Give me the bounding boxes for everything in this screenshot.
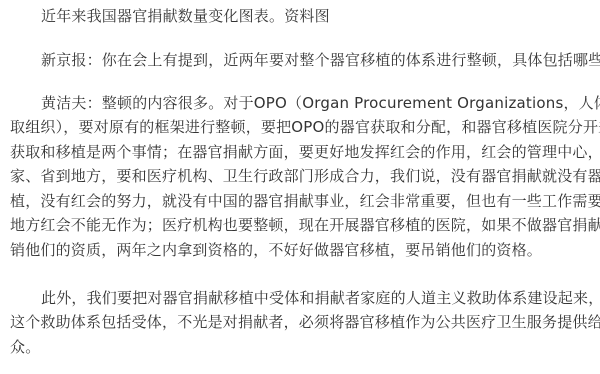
answer-line: 销他们的资质，两年之内拿到资格的，不好好做器官移植，要吊销他们的资格。: [10, 240, 542, 260]
answer-line: 获取和移植是两个事情；在器官捐献方面，要更好地发挥红会的作用，红会的管理中心，从…: [10, 142, 600, 162]
closing-line: 这个救助体系包括受体，不光是对捐献者，必须将器官移植作为公共医疗卫生服务提供给广…: [10, 312, 600, 332]
closing-line: 众。: [10, 337, 40, 357]
answer-line: 植，没有红会的努力，就没有中国的器官捐献事业，红会非常重要，但也有一些工作需要改…: [10, 191, 600, 211]
closing-line: 此外，我们要把对器官捐献移植中受体和捐献者家庭的人道主义救助体系建设起来，要注意: [41, 288, 600, 308]
answer-line: 地方红会不能无作为；医疗机构也要整顿，现在开展器官移植的医院，如果不做器官捐献，…: [10, 215, 600, 235]
answer-line: 取组织），要对原有的框架进行整顿，要把OPO的器官获取和分配，和器官移植医院分开…: [10, 117, 600, 137]
image-caption: 近年来我国器官捐献数量变化图表。资料图: [41, 6, 330, 26]
answer-line: 黄洁夫：整顿的内容很多。对于OPO（Organ Procurement Orga…: [41, 93, 600, 113]
interview-question: 新京报：你在会上有提到，近两年要对整个器官移植的体系进行整顿，具体包括哪些方面？: [41, 50, 600, 70]
answer-line: 家、省到地方，要和医疗机构、卫生行政部门形成合力，我们说，没有器官捐献就没有器官…: [10, 166, 600, 186]
